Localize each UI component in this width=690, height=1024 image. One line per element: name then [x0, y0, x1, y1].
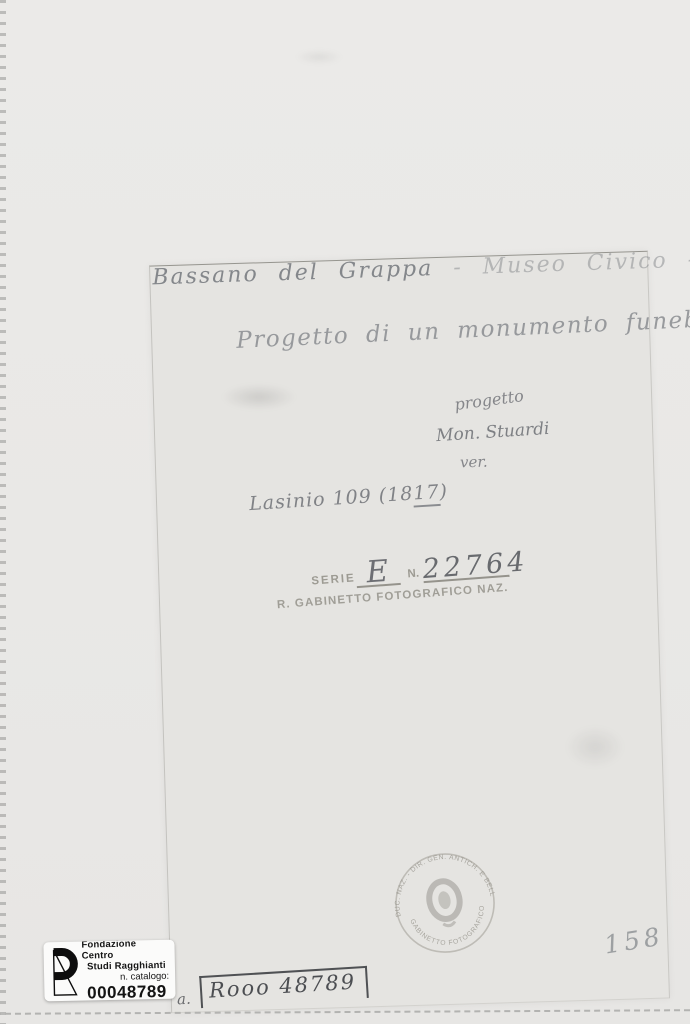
round-stamp-graphic: MIN. EDUC. NAZ. - DIR. GEN. ANTICH. E BE… — [372, 830, 519, 977]
reference-underlined-digits: 17 — [413, 481, 441, 508]
handwritten-reference-line: Lasinio 109 (1817) — [248, 480, 448, 515]
stamp-emblem-base — [443, 921, 455, 926]
ragghianti-logo-icon — [45, 945, 80, 998]
org-name-line-1: Fondazione Centro — [81, 940, 170, 962]
stain-smudge — [296, 50, 342, 64]
reference-text: Lasinio 109 (18 — [248, 483, 414, 516]
serie-handwritten-value: E — [366, 560, 390, 586]
stamp-bottom-arc-text: GABINETTO FOTOGRAFICO — [408, 903, 493, 954]
sleeve-stitch-seam — [0, 1009, 690, 1015]
serie-rubber-stamp: SERIEEN.22764 R. GABINETTO FOTOGRAFICO N… — [274, 549, 511, 611]
title-museum: - Museo Civico - — [453, 247, 690, 280]
inventory-note-prefix: a. — [177, 990, 192, 1009]
ragghianti-logo — [43, 942, 82, 1002]
stamp-center-emblem-core — [437, 890, 452, 910]
svg-text:GABINETTO FOTOGRAFICO: GABINETTO FOTOGRAFICO — [408, 903, 493, 954]
handwritten-subject-line: Progetto di un monumento funebre — [236, 306, 690, 354]
serie-label: SERIE — [311, 572, 356, 587]
archival-scan-page: Bassano del Grappa - Museo Civico - Prog… — [0, 0, 690, 1024]
number-blank-line: 22764 — [422, 551, 510, 583]
handwritten-title-line: Bassano del Grappa - Museo Civico - — [152, 247, 690, 290]
serie-blank-line: E — [354, 557, 400, 588]
title-location: Bassano del Grappa — [152, 256, 434, 290]
reference-close: ) — [439, 480, 449, 502]
number-label: N. — [407, 567, 419, 580]
number-handwritten-value: 22764 — [422, 551, 529, 581]
stain-smudge — [566, 726, 624, 768]
handwritten-side-note-3: ver. — [460, 453, 488, 472]
ragghianti-catalog-sticker: Fondazione Centro Studi Ragghianti n. ca… — [43, 940, 175, 1002]
ministry-round-stamp: MIN. EDUC. NAZ. - DIR. GEN. ANTICH. E BE… — [372, 830, 519, 977]
handwritten-side-note-2: Mon. Stuardi — [436, 419, 550, 446]
stain-smudge — [222, 384, 296, 410]
sleeve-perforated-edge — [0, 0, 6, 1024]
photograph-verso: Bassano del Grappa - Museo Civico - Prog… — [149, 251, 670, 1013]
catalog-number: 00048789 — [87, 982, 167, 1002]
handwritten-side-note-1: progetto — [453, 386, 525, 414]
catalog-label-text: Fondazione Centro Studi Ragghianti n. ca… — [81, 940, 175, 1002]
